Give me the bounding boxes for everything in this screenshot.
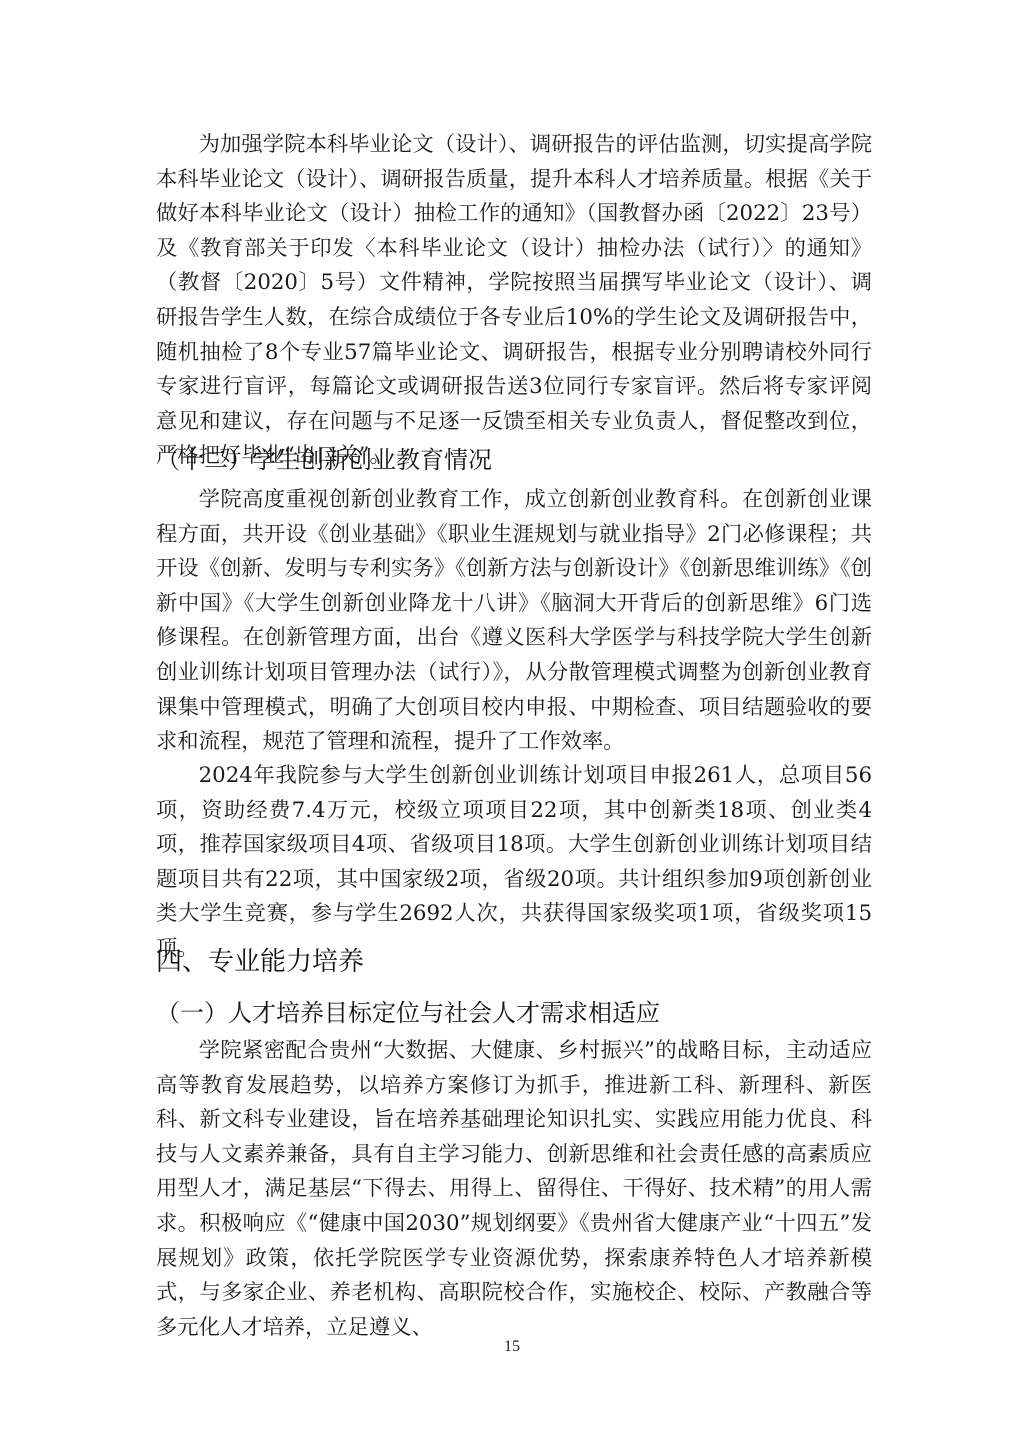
document-page: 为加强学院本科毕业论文（设计）、调研报告的评估监测，切实提高学院本科毕业论文（设…	[156, 128, 872, 1345]
paragraph-thesis-sampling: 为加强学院本科毕业论文（设计）、调研报告的评估监测，切实提高学院本科毕业论文（设…	[156, 128, 872, 439]
paragraph-innovation-courses: 学院高度重视创新创业教育工作，成立创新创业教育科。在创新创业课程方面，共开设《创…	[156, 483, 872, 759]
heading-innovation-entrepreneurship-education: （十二）学生创新创业教育情况	[156, 443, 872, 477]
page-number: 15	[0, 1338, 1024, 1356]
paragraph-innovation-statistics: 2024年我院参与大学生创新创业训练计划项目申报261人，总项目56项，资助经费…	[156, 759, 872, 934]
heading-professional-ability-training: 四、专业能力培养	[156, 944, 872, 980]
paragraph-talent-training-goals: 学院紧密配合贵州“大数据、大健康、乡村振兴”的战略目标，主动适应高等教育发展趋势…	[156, 1034, 872, 1345]
heading-talent-training-goals: （一）人才培养目标定位与社会人才需求相适应	[156, 996, 872, 1030]
